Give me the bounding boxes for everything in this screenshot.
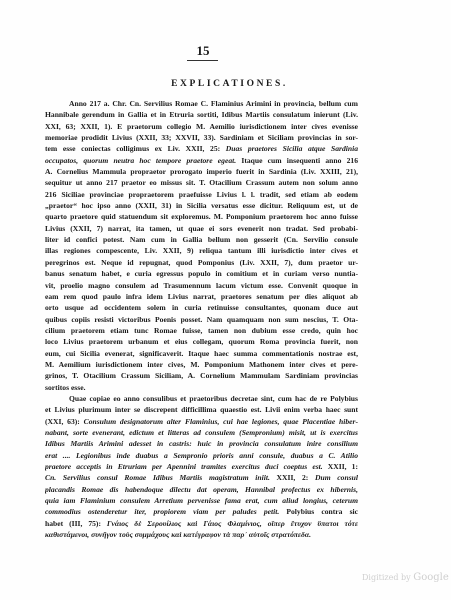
text-line: Hannibale gerendum in Gallia et in Etrur… — [45, 109, 358, 120]
text-line: tem esse coniectas colligimus ex Liv. XX… — [45, 143, 358, 154]
text-line: placandis Romae dis habendoque dilectu d… — [45, 484, 358, 495]
text-line: M. Aemilium iurisdictionem inter cives, … — [45, 359, 358, 370]
page-number: 15 — [188, 44, 218, 58]
paragraph: Anno 217 a. Chr. Cn. Servilius Romae C. … — [45, 98, 358, 393]
text-line: peregrinos est. Neque id repugnat, quod … — [45, 257, 358, 268]
text-line: erat .... Legionibus inde duabus a Sempr… — [45, 450, 358, 461]
text-line: (XXI, 63): Consulum designatorum alter F… — [45, 416, 358, 427]
text-line: sequitur ut anno 217 praetor eo missus s… — [45, 177, 358, 188]
text-line: occupatos, quorum neutra hoc tempore pra… — [45, 155, 358, 166]
text-line: Anno 217 a. Chr. Cn. Servilius Romae C. … — [45, 98, 358, 109]
text-line: quibus copiis resisti victoribus Poenis … — [45, 314, 358, 325]
text-line: καθιστάμενοι, συνῆγον τοὺς συμμάχους καὶ… — [45, 529, 358, 540]
text-line: nabant, sorte evenerant, edictum et litt… — [45, 427, 358, 438]
text-line: illas regiones compescente, Liv. XXII, 9… — [45, 245, 358, 256]
text-line: loco Livius praetorem urbanum et eius co… — [45, 336, 358, 347]
digitized-watermark: Digitized by Google — [362, 572, 449, 583]
text-line: sortitos esse. — [45, 382, 358, 393]
text-line: liter id confici potest. Nam cum in Gall… — [45, 234, 358, 245]
text-line: Quae copiae eo anno consulibus et praeto… — [45, 393, 358, 404]
text-line: eum, cui Sicilia evenerat, significaveri… — [45, 348, 358, 359]
text-line: eam rem quod paulo infra idem Livius nar… — [45, 291, 358, 302]
text-line: commodius ostenderetur iter, propiorem v… — [45, 506, 358, 517]
text-line: XXI, 63; XXII, 1). E praetorum collegio … — [45, 121, 358, 132]
text-line: cilium praetorem etiam tunc Romae fuisse… — [45, 325, 358, 336]
text-line: et Livius plurimum inter se discrepent d… — [45, 404, 358, 415]
text-line: Idibus Martiis Arimini adesset in castri… — [45, 438, 358, 449]
body-text: Anno 217 a. Chr. Cn. Servilius Romae C. … — [45, 98, 358, 540]
watermark-brand: Google — [413, 572, 449, 583]
text-line: Livius (XXII, 7) narrat, ita tamen, ut q… — [45, 223, 358, 234]
text-line: grinos, T. Otacilium Crassum Siciliam, A… — [45, 370, 358, 381]
text-line: vit, proelio magno consulem ad Trasumenn… — [45, 280, 358, 291]
text-line: Cn. Servilius consul Romae Idibus Martii… — [45, 472, 358, 483]
text-line: orto usque ad occidentem solem in curia … — [45, 302, 358, 313]
section-heading: EXPLICATIONES. — [0, 78, 451, 90]
watermark-prefix: Digitized by — [362, 573, 413, 582]
text-line: memoriae prodidit Livius (XXII, 33; XXVI… — [45, 132, 358, 143]
text-line: banus senatum habet, e curia egressus po… — [45, 268, 358, 279]
text-line: 216 Siciliae provinciae propraetorem pra… — [45, 189, 358, 200]
text-line: quia iam Flaminium consulem Arretium per… — [45, 495, 358, 506]
page-number-rule — [187, 60, 218, 61]
text-line: „praetor“ hoc ipso anno (XXII, 31) in Si… — [45, 200, 358, 211]
text-line: A. Cornelius Mammula propraetor prorogat… — [45, 166, 358, 177]
text-line: habet (III, 75): Γνάιος δὲ Σερουίλιος κα… — [45, 518, 358, 529]
text-line: praetore acceptis in Etruriam per Apenni… — [45, 461, 358, 472]
text-line: quarto praetore quid statuendum sit expl… — [45, 211, 358, 222]
paragraph: Quae copiae eo anno consulibus et praeto… — [45, 393, 358, 540]
